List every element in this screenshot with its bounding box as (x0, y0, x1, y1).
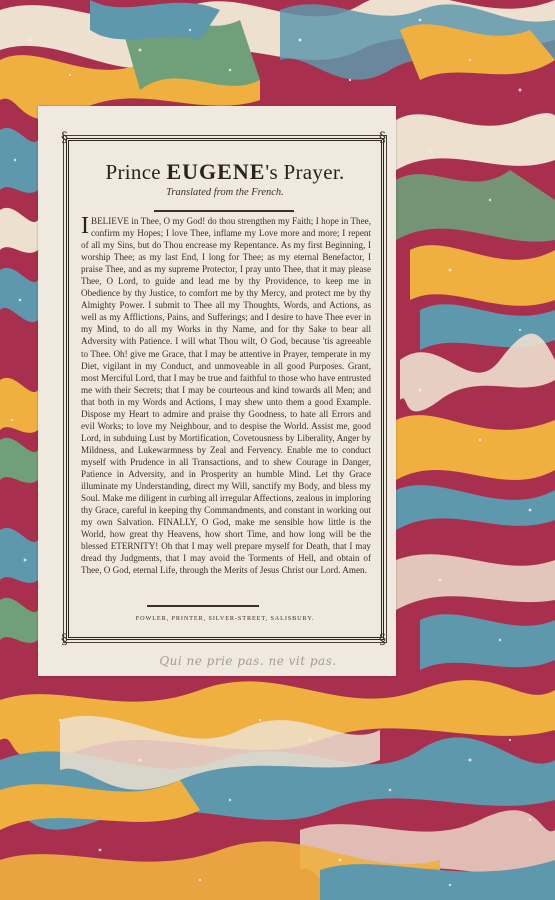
ornamental-border-frame: § § § § Prince EUGENE's Prayer. Translat… (66, 138, 384, 640)
title-divider-rule (154, 210, 294, 212)
footer-divider-rule (147, 605, 259, 607)
drop-cap: I (81, 216, 89, 236)
title-suffix: 's Prayer. (265, 160, 344, 184)
document-subtitle: Translated from the French. (69, 187, 381, 198)
printer-imprint: FOWLER, PRINTER, SILVER-STREET, SALISBUR… (69, 615, 381, 622)
prayer-text: BELIEVE in Thee, O my God! do thou stren… (81, 216, 371, 575)
document-title: Prince EUGENE's Prayer. (69, 159, 381, 185)
scroll-ornament-icon: § (379, 131, 389, 145)
scroll-ornament-icon: § (379, 633, 389, 647)
handwritten-annotation: Qui ne prie pas. ne vit pas. (118, 654, 378, 668)
scroll-ornament-icon: § (61, 633, 71, 647)
title-name: EUGENE (166, 159, 265, 184)
scroll-ornament-icon: § (61, 131, 71, 145)
title-prefix: Prince (105, 160, 166, 184)
prayer-body: I BELIEVE in Thee, O my God! do thou str… (81, 215, 371, 576)
printed-broadside: § § § § Prince EUGENE's Prayer. Translat… (38, 106, 396, 676)
